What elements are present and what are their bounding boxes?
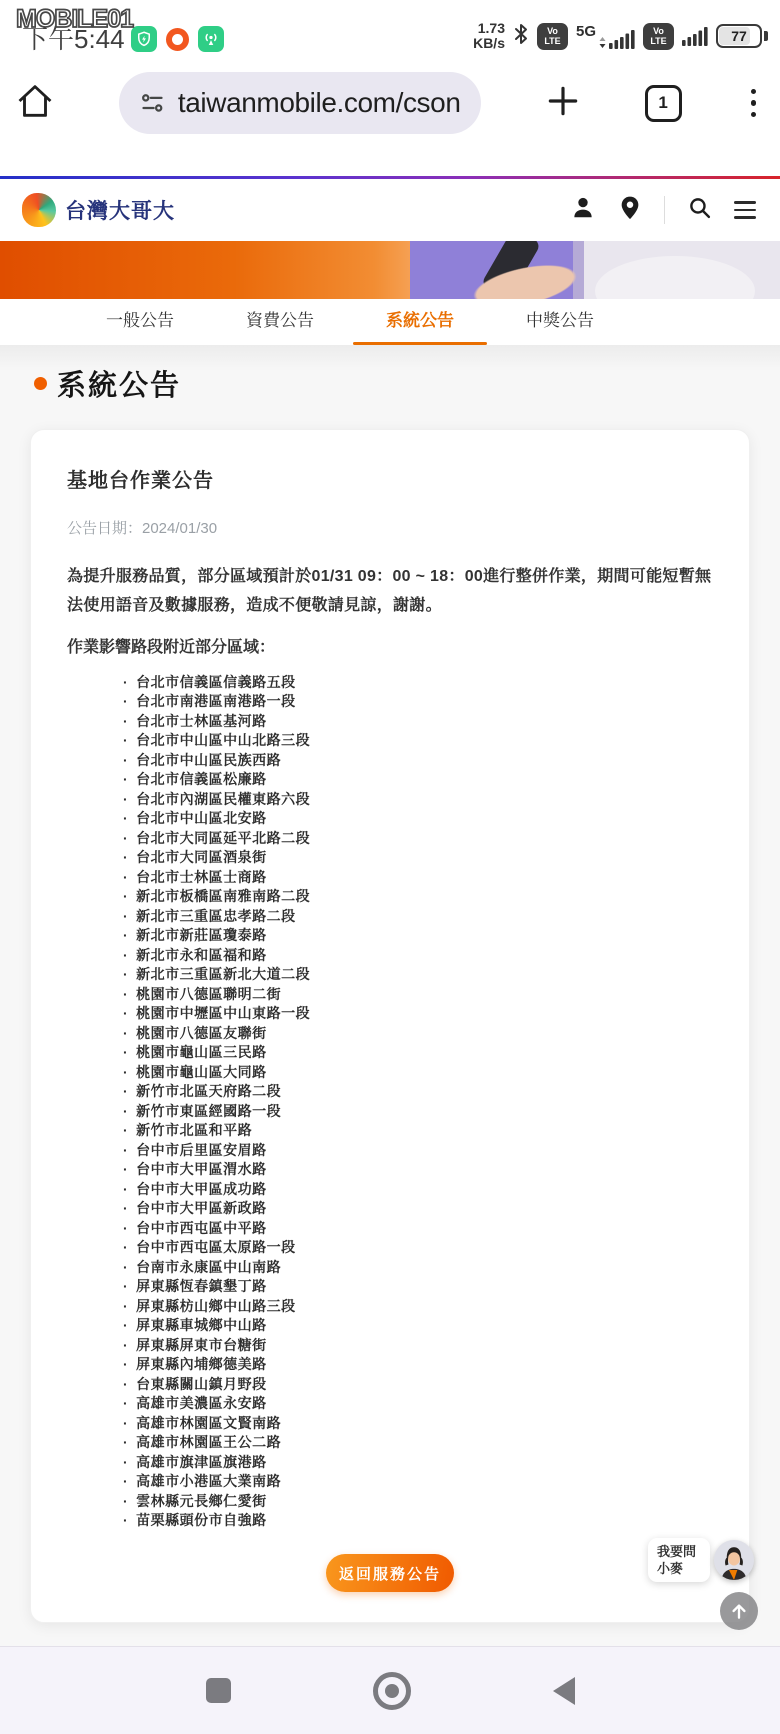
bullet-icon [123, 1220, 128, 1236]
tab-prize[interactable]: 中獎公告 [490, 299, 630, 345]
back-button[interactable] [553, 1677, 575, 1705]
battery-icon: 77 [716, 24, 762, 48]
bullet-icon [123, 752, 128, 768]
area-item: 台北市士林區基河路 [123, 711, 713, 731]
area-item: 高雄市林園區文賢南路 [123, 1413, 713, 1433]
url-bar[interactable]: taiwanmobile.com/cson [119, 72, 481, 134]
bullet-icon [123, 732, 128, 748]
page-content: 系統公告 基地台作業公告 公告日期：2024/01/30 為提升服務品質，部分區… [0, 345, 780, 1646]
page-heading: 系統公告 [0, 363, 780, 403]
hotspot-broadcast-icon [198, 26, 224, 52]
site-settings-tune-icon [139, 90, 166, 117]
area-item: 新北市永和區福和路 [123, 945, 713, 965]
bullet-icon [123, 1200, 128, 1216]
account-person-icon[interactable] [570, 195, 596, 226]
area-item: 新竹市北區天府路二段 [123, 1082, 713, 1102]
shield-security-icon [131, 26, 157, 52]
area-item: 台北市內湖區民權東路六段 [123, 789, 713, 809]
area-item: 新北市新莊區瓊泰路 [123, 926, 713, 946]
area-item: 屏東縣恆春鎮墾丁路 [123, 1277, 713, 1297]
bullet-icon [123, 1493, 128, 1509]
announcement-body: 為提升服務品質，部分區域預計於01/31 09：00 ~ 18：00進行整併作業… [67, 562, 713, 620]
browser-menu-kebab-icon[interactable] [745, 87, 763, 120]
bullet-icon [123, 1512, 128, 1528]
bullet-icon [123, 1161, 128, 1177]
url-text: taiwanmobile.com/cson [178, 87, 461, 119]
bullet-icon [123, 1259, 128, 1275]
phone-screen: MOBILE01 下午5:44 1.73 KB/s VoLTE [0, 0, 780, 1734]
android-nav-bar [0, 1646, 780, 1734]
bullet-icon [123, 1376, 128, 1392]
area-item: 台東縣關山鎮月野段 [123, 1374, 713, 1394]
area-item: 新竹市東區經國路一段 [123, 1101, 713, 1121]
area-item: 台中市西屯區太原路一段 [123, 1238, 713, 1258]
brand[interactable]: 台灣大哥大 [22, 193, 175, 227]
area-item: 苗栗縣頭份市自強路 [123, 1511, 713, 1531]
bullet-icon [123, 1473, 128, 1489]
affected-areas-label: 作業影響路段附近部分區域： [67, 633, 713, 662]
area-item: 台中市大甲區新政路 [123, 1199, 713, 1219]
area-item: 桃園市龜山區三民路 [123, 1043, 713, 1063]
area-item: 台北市中山區中山北路三段 [123, 731, 713, 751]
signal-bars-icon [609, 30, 635, 49]
bullet-icon [123, 1317, 128, 1333]
area-item: 台中市大甲區渭水路 [123, 1160, 713, 1180]
bullet-icon [123, 713, 128, 729]
tab-general[interactable]: 一般公告 [70, 299, 210, 345]
area-item: 屏東縣枋山鄉中山路三段 [123, 1296, 713, 1316]
banner-photo [410, 241, 780, 299]
area-item: 桃園市龜山區大同路 [123, 1062, 713, 1082]
announcement-title: 基地台作業公告 [67, 464, 713, 493]
bullet-icon [123, 810, 128, 826]
scroll-to-top-button[interactable] [720, 1592, 758, 1630]
affected-areas-list: 台北市信義區信義路五段 台北市南港區南港路一段 台北市士林區基河路 台北市中山區… [67, 672, 713, 1530]
area-item: 高雄市旗津區旗港路 [123, 1452, 713, 1472]
area-item: 桃園市八德區聯明二街 [123, 984, 713, 1004]
area-item: 高雄市美濃區永安路 [123, 1394, 713, 1414]
signal-bars-icon-2 [682, 27, 708, 46]
bullet-icon [123, 1103, 128, 1119]
bullet-icon [123, 1142, 128, 1158]
bullet-icon [123, 1278, 128, 1294]
area-item: 新北市三重區新北大道二段 [123, 965, 713, 985]
bullet-icon [123, 1044, 128, 1060]
promo-banner[interactable] [0, 241, 780, 299]
area-item: 台北市信義區信義路五段 [123, 672, 713, 692]
area-item: 高雄市小港區大業南路 [123, 1472, 713, 1492]
area-item: 台北市大同區延平北路二段 [123, 828, 713, 848]
bullet-icon [123, 966, 128, 982]
area-item: 台北市南港區南港路一段 [123, 692, 713, 712]
area-item: 台北市士林區士商路 [123, 867, 713, 887]
header-divider [664, 196, 665, 224]
area-item: 台南市永康區中山南路 [123, 1257, 713, 1277]
mobile01-watermark: MOBILE01 [16, 5, 133, 34]
page-title: 系統公告 [57, 363, 181, 404]
bullet-icon [123, 1356, 128, 1372]
bullet-icon [123, 888, 128, 904]
area-item: 台中市大甲區成功路 [123, 1179, 713, 1199]
bullet-icon [123, 1434, 128, 1450]
network-type-label: 5G [576, 23, 596, 40]
area-item: 台中市后里區安眉路 [123, 1140, 713, 1160]
heading-bullet-icon [34, 377, 47, 390]
area-item: 新北市三重區忠孝路二段 [123, 906, 713, 926]
bullet-icon [123, 1005, 128, 1021]
notification-icons [131, 26, 224, 52]
new-tab-plus-icon[interactable] [544, 82, 582, 125]
area-item: 屏東縣內埔鄉德美路 [123, 1355, 713, 1375]
announcement-date: 公告日期：2024/01/30 [67, 517, 713, 538]
tab-rates[interactable]: 資費公告 [210, 299, 350, 345]
bullet-icon [123, 674, 128, 690]
home-button[interactable] [373, 1672, 411, 1710]
bullet-icon [123, 1298, 128, 1314]
back-to-service-announcements-button[interactable]: 返回服務公告 [326, 1554, 454, 1592]
bullet-icon [123, 1454, 128, 1470]
bullet-icon [123, 1122, 128, 1138]
bullet-icon [123, 908, 128, 924]
bullet-icon [123, 869, 128, 885]
browser-toolbar: taiwanmobile.com/cson 1 [0, 56, 780, 176]
bullet-icon [123, 927, 128, 943]
chat-avatar[interactable] [714, 1540, 754, 1580]
bullet-icon [123, 1337, 128, 1353]
bullet-icon [123, 830, 128, 846]
chat-bubble[interactable]: 我要問 小麥 [648, 1538, 710, 1582]
area-item: 台北市中山區民族西路 [123, 750, 713, 770]
tab-count: 1 [658, 93, 667, 113]
bullet-icon [123, 771, 128, 787]
battery-nub [764, 31, 768, 41]
button-row: 返回服務公告 [67, 1554, 713, 1592]
header-actions [570, 195, 756, 226]
bullet-icon [123, 1181, 128, 1197]
area-item: 台北市信義區松廉路 [123, 770, 713, 790]
bullet-icon [123, 947, 128, 963]
area-item: 高雄市林園區王公二路 [123, 1433, 713, 1453]
area-item: 新北市板橋區南雅南路二段 [123, 887, 713, 907]
recents-button[interactable] [206, 1678, 231, 1703]
tab-system[interactable]: 系統公告 [350, 299, 490, 345]
area-item: 桃園市八德區友聯街 [123, 1023, 713, 1043]
area-item: 屏東縣車城鄉中山路 [123, 1316, 713, 1336]
area-item: 台中市西屯區中平路 [123, 1218, 713, 1238]
arrow-up-icon [729, 1601, 749, 1621]
bullet-icon [123, 1064, 128, 1080]
status-left: MOBILE01 下午5:44 [10, 5, 224, 53]
bullet-icon [123, 1083, 128, 1099]
area-item: 台北市中山區北安路 [123, 809, 713, 829]
brand-name: 台灣大哥大 [65, 195, 175, 225]
area-item: 新竹市北區和平路 [123, 1121, 713, 1141]
bluetooth-icon [513, 22, 529, 51]
banner-sleeve-shape [595, 256, 755, 299]
bullet-icon [123, 1415, 128, 1431]
home-icon[interactable] [14, 80, 56, 127]
network-speed: 1.73 KB/s [473, 21, 505, 51]
hamburger-menu-icon[interactable] [734, 201, 756, 219]
bullet-icon [123, 986, 128, 1002]
area-item: 雲林縣元長鄉仁愛街 [123, 1491, 713, 1511]
data-activity-arrows-icon [598, 34, 607, 49]
brand-logo [22, 193, 56, 227]
area-item: 屏東縣屏東市台糖街 [123, 1335, 713, 1355]
bullet-icon [123, 693, 128, 709]
recording-ring-icon [166, 28, 189, 51]
site-header: 台灣大哥大 [0, 179, 780, 241]
announcement-tabs: 一般公告 資費公告 系統公告 中獎公告 [0, 299, 780, 345]
search-icon[interactable] [687, 195, 712, 225]
bullet-icon [123, 1395, 128, 1411]
bullet-icon [123, 791, 128, 807]
battery-level: 77 [731, 28, 747, 44]
volte-badge-2: VoLTE [643, 23, 674, 50]
area-item: 台北市大同區酒泉街 [123, 848, 713, 868]
status-right: 1.73 KB/s VoLTE 5G VoLTE 77 [473, 21, 768, 51]
store-location-pin-icon[interactable] [618, 195, 642, 226]
volte-badge: VoLTE [537, 23, 568, 50]
bullet-icon [123, 1239, 128, 1255]
primary-signal: 5G [576, 23, 635, 49]
bullet-icon [123, 849, 128, 865]
announcement-card: 基地台作業公告 公告日期：2024/01/30 為提升服務品質，部分區域預計於0… [30, 429, 750, 1623]
tab-switcher-button[interactable]: 1 [645, 85, 682, 122]
area-item: 桃園市中壢區中山東路一段 [123, 1004, 713, 1024]
bullet-icon [123, 1025, 128, 1041]
status-bar: MOBILE01 下午5:44 1.73 KB/s VoLTE [0, 0, 780, 56]
